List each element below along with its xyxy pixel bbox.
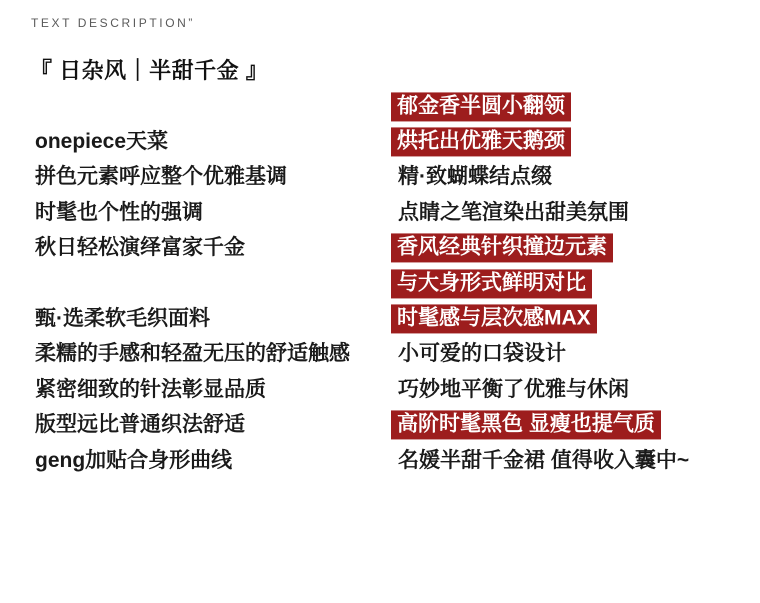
right-text: 点睛之笔渲染出甜美氛围 <box>391 201 629 225</box>
left-text: 甄·选柔软毛织面料 <box>35 307 210 331</box>
right-text-highlight: 烘托出优雅天鹅颈 <box>391 128 571 157</box>
text-row: 版型远比普通织法舒适 高阶时髦黑色 显瘦也提气质 <box>0 408 760 443</box>
left-text: 拼色元素呼应整个优雅基调 <box>35 165 287 189</box>
description-rows: 郁金香半圆小翻领 onepiece天菜 烘托出优雅天鹅颈 拼色元素呼应整个优雅基… <box>0 89 760 478</box>
left-text: 柔糯的手感和轻盈无压的舒适触感 <box>35 342 350 366</box>
text-row: onepiece天菜 烘托出优雅天鹅颈 <box>0 124 760 159</box>
text-row: 甄·选柔软毛织面料 时髦感与层次感MAX <box>0 301 760 336</box>
right-text-highlight: 时髦感与层次感MAX <box>391 304 597 333</box>
text-row: 与大身形式鲜明对比 <box>0 266 760 301</box>
text-row: 秋日轻松演绎富家千金 香风经典针织撞边元素 <box>0 231 760 266</box>
right-text-highlight: 香风经典针织撞边元素 <box>391 234 613 263</box>
left-text: 秋日轻松演绎富家千金 <box>35 236 245 260</box>
right-text: 巧妙地平衡了优雅与休闲 <box>391 378 629 402</box>
text-row: 时髦也个性的强调 点睛之笔渲染出甜美氛围 <box>0 195 760 230</box>
left-text: onepiece天菜 <box>35 130 168 154</box>
left-text: geng加贴合身形曲线 <box>35 449 232 473</box>
right-text-highlight: 郁金香半圆小翻领 <box>391 92 571 121</box>
text-row: 柔糯的手感和轻盈无压的舒适触感 小可爱的口袋设计 <box>0 337 760 372</box>
text-row: 紧密细致的针法彰显品质 巧妙地平衡了优雅与休闲 <box>0 372 760 407</box>
section-label: TEXT DESCRIPTION” <box>31 16 195 30</box>
text-description-panel: TEXT DESCRIPTION” 『 日杂风｜半甜千金 』 郁金香半圆小翻领 … <box>0 0 760 603</box>
page-title: 『 日杂风｜半甜千金 』 <box>30 54 268 85</box>
right-text: 精·致蝴蝶结点缀 <box>391 165 552 189</box>
text-row: 郁金香半圆小翻领 <box>0 89 760 124</box>
text-row: geng加贴合身形曲线 名媛半甜千金裙 值得收入囊中~ <box>0 443 760 478</box>
right-text-highlight: 高阶时髦黑色 显瘦也提气质 <box>391 411 661 440</box>
left-text: 版型远比普通织法舒适 <box>35 413 245 437</box>
left-text: 时髦也个性的强调 <box>35 201 203 225</box>
left-text: 紧密细致的针法彰显品质 <box>35 378 266 402</box>
right-text: 名媛半甜千金裙 值得收入囊中~ <box>391 449 689 473</box>
right-text: 小可爱的口袋设计 <box>391 342 566 366</box>
right-text-highlight: 与大身形式鲜明对比 <box>391 269 592 298</box>
text-row: 拼色元素呼应整个优雅基调 精·致蝴蝶结点缀 <box>0 160 760 195</box>
